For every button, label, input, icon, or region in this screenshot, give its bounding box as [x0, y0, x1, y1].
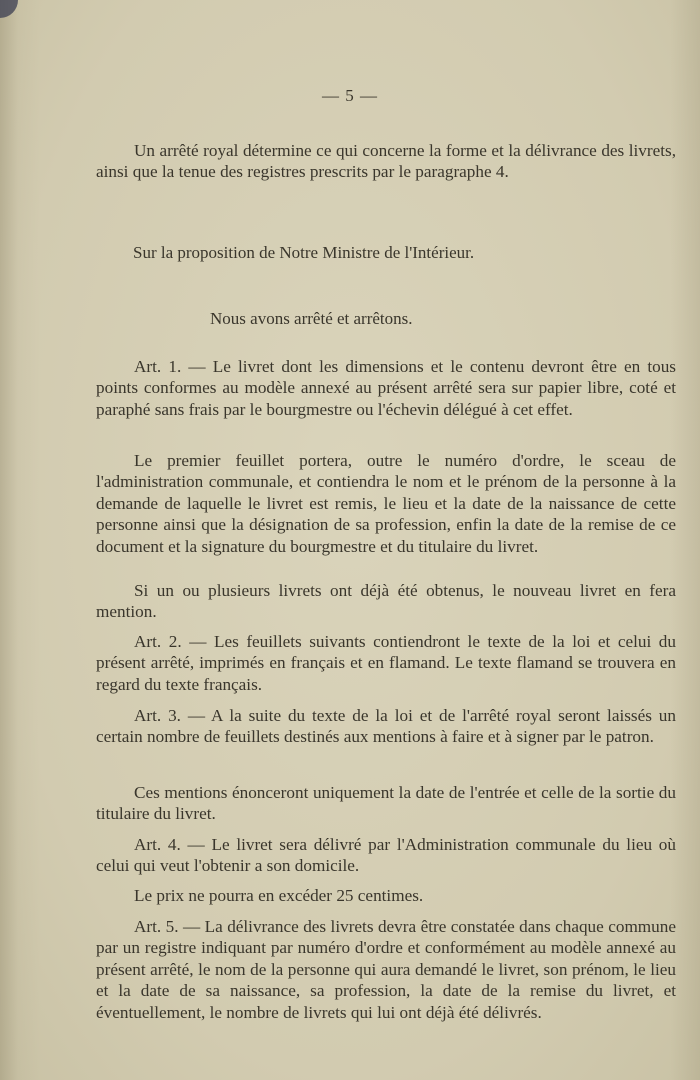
article-4: Art. 4. — Le livret sera délivré par l'A…	[96, 834, 676, 877]
proposition-line: Sur la proposition de Notre Ministre de …	[133, 243, 474, 263]
page-corner-shadow	[0, 0, 18, 18]
paragraph-art4-p2: Le prix ne pourra en excéder 25 centimes…	[96, 885, 676, 906]
article-4-paragraph-2: Le prix ne pourra en excéder 25 centimes…	[96, 885, 676, 906]
paragraph-art5: Art. 5. — La délivrance des livrets devr…	[96, 916, 676, 1023]
paragraph-art3: Art. 3. — A la suite du texte de la loi …	[96, 705, 676, 748]
paragraph-art1-p2: Le premier feuillet portera, outre le nu…	[96, 450, 676, 557]
paragraph-art1-p3: Si un ou plusieurs livrets ont déjà été …	[96, 580, 676, 623]
article-2: Art. 2. — Les feuillets suivants contien…	[96, 631, 676, 695]
decree-line: Nous avons arrêté et arrêtons.	[210, 309, 413, 329]
page-number: — 5 —	[0, 86, 700, 106]
article-3: Art. 3. — A la suite du texte de la loi …	[96, 705, 676, 748]
article-1-paragraph-2: Le premier feuillet portera, outre le nu…	[96, 450, 676, 557]
paragraph-art1: Art. 1. — Le livret dont les dimensions …	[96, 356, 676, 420]
intro-paragraph: Un arrêté royal détermine ce qui concern…	[96, 140, 676, 183]
paragraph-art4: Art. 4. — Le livret sera délivré par l'A…	[96, 834, 676, 877]
scanned-page: — 5 — Un arrêté royal détermine ce qui c…	[0, 0, 700, 1080]
article-3-paragraph-2: Ces mentions énonceront uniquement la da…	[96, 782, 676, 825]
article-1: Art. 1. — Le livret dont les dimensions …	[96, 356, 676, 420]
article-5: Art. 5. — La délivrance des livrets devr…	[96, 916, 676, 1023]
article-1-paragraph-3: Si un ou plusieurs livrets ont déjà été …	[96, 580, 676, 623]
paragraph-art3-p2: Ces mentions énonceront uniquement la da…	[96, 782, 676, 825]
paragraph-intro: Un arrêté royal détermine ce qui concern…	[96, 140, 676, 183]
paragraph-art2: Art. 2. — Les feuillets suivants contien…	[96, 631, 676, 695]
